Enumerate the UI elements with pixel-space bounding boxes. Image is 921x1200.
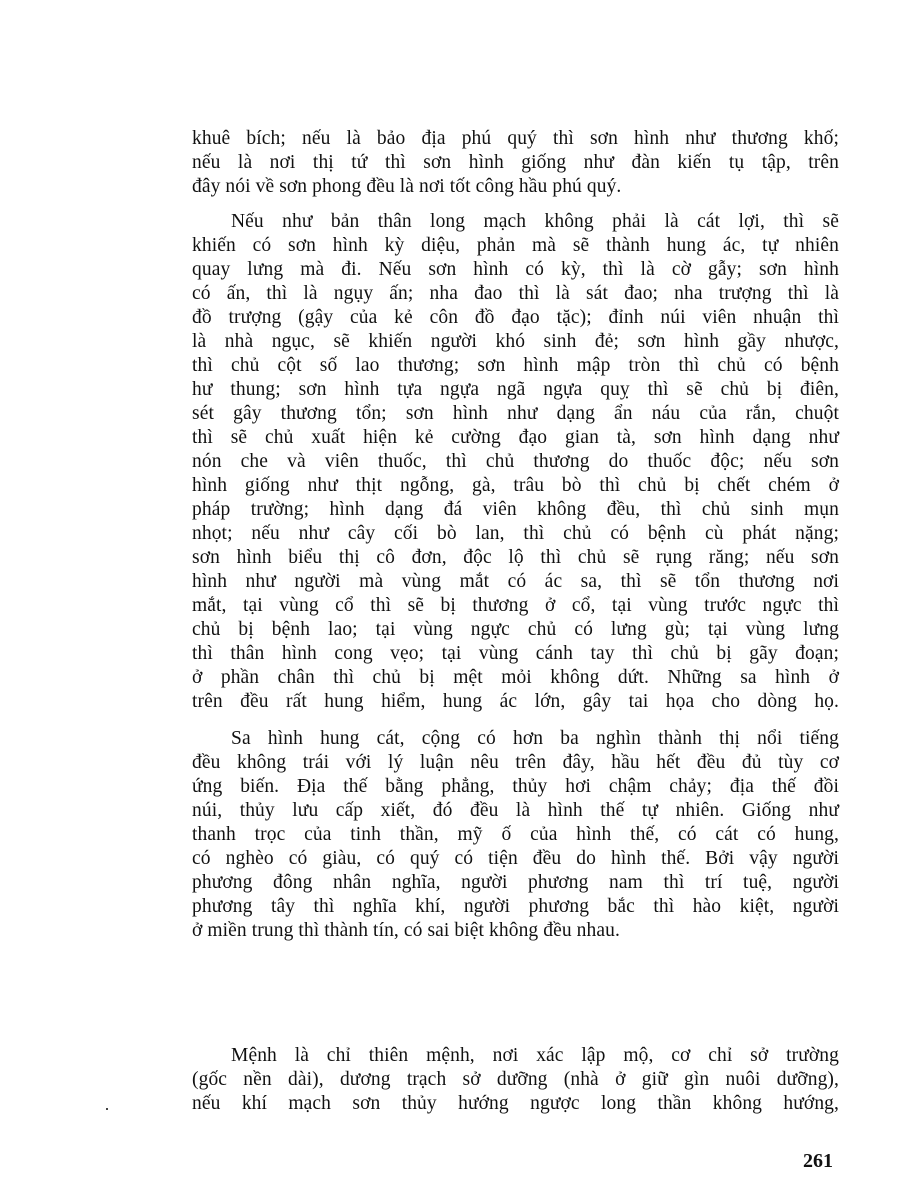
text-line: quay lưng mà đi. Nếu sơn hình có kỳ, thì… [192, 258, 839, 282]
text-line: là nhà ngục, sẽ khiến người khó sinh đẻ;… [192, 330, 839, 354]
text-line: phương đông nhân nghĩa, người phương nam… [192, 871, 839, 895]
book-page: khuê bích; nếu là bảo địa phú quý thì sơ… [0, 0, 921, 1200]
scan-speck [106, 1108, 108, 1110]
text-line: ứng biến. Địa thế bằng phẳng, thủy hơi c… [192, 775, 839, 799]
text-line: nếu là nơi thị tứ thì sơn hình giống như… [192, 151, 839, 175]
text-line: (gốc nền dài), dương trạch sở dưỡng (nhà… [192, 1068, 839, 1092]
text-line: hình giống như thịt ngỗng, gà, trâu bò t… [192, 474, 839, 498]
text-line: khuê bích; nếu là bảo địa phú quý thì sơ… [192, 127, 839, 151]
text-line: mắt, tại vùng cổ thì sẽ bị thương ở cổ, … [192, 594, 839, 618]
text-line: thanh trọc của tinh thần, mỹ ố của hình … [192, 823, 839, 847]
text-line: thì thân hình cong vẹo; tại vùng cánh ta… [192, 642, 839, 666]
text-line: hư thung; sơn hình tựa ngựa ngã ngựa quỵ… [192, 378, 839, 402]
text-line: ở phần chân thì chủ bị mệt mỏi không dứt… [192, 666, 839, 690]
text-line: sơn hình biểu thị cô đơn, độc lộ thì chủ… [192, 546, 839, 570]
text-line: Nếu như bản thân long mạch không phải là… [231, 210, 839, 234]
text-line: thì chủ cột số lao thương; sơn hình mập … [192, 354, 839, 378]
text-line: trên đều rất hung hiểm, hung ác lớn, gây… [192, 690, 839, 714]
text-line: ở miền trung thì thành tín, có sai biệt … [192, 919, 839, 943]
text-line: chủ bị bệnh lao; tại vùng ngực chủ có lư… [192, 618, 839, 642]
text-line: sét gây thương tổn; sơn hình như dạng ẩn… [192, 402, 839, 426]
text-line: đều không trái với lý luận nêu trên đây,… [192, 751, 839, 775]
text-line: khiến có sơn hình kỳ diệu, phản mà sẽ th… [192, 234, 839, 258]
text-line: nhọt; nếu như cây cối bò lan, thì chủ có… [192, 522, 839, 546]
text-line: thì sẽ chủ xuất hiện kẻ cường đạo gian t… [192, 426, 839, 450]
text-line: Mệnh là chỉ thiên mệnh, nơi xác lập mộ, … [231, 1044, 839, 1068]
text-line: nếu khí mạch sơn thủy hướng ngược long t… [192, 1092, 839, 1116]
text-line: đây nói về sơn phong đều là nơi tốt công… [192, 175, 839, 199]
text-line: có nghèo có giàu, có quý có tiện đều do … [192, 847, 839, 871]
text-line: núi, thủy lưu cấp xiết, đó đều là hình t… [192, 799, 839, 823]
text-line: đồ trượng (gậy của kẻ côn đồ đạo tặc); đ… [192, 306, 839, 330]
text-line: nón che và viên thuốc, thì chủ thương do… [192, 450, 839, 474]
text-line: Sa hình hung cát, cộng có hơn ba nghìn t… [231, 727, 839, 751]
text-line: có ấn, thì là ngụy ấn; nha đao thì là sá… [192, 282, 839, 306]
text-line: phương tây thì nghĩa khí, người phương b… [192, 895, 839, 919]
text-line: pháp trường; hình dạng đá viên không đều… [192, 498, 839, 522]
page-number: 261 [803, 1150, 833, 1173]
text-line: hình như người mà vùng mắt có ác sa, thì… [192, 570, 839, 594]
